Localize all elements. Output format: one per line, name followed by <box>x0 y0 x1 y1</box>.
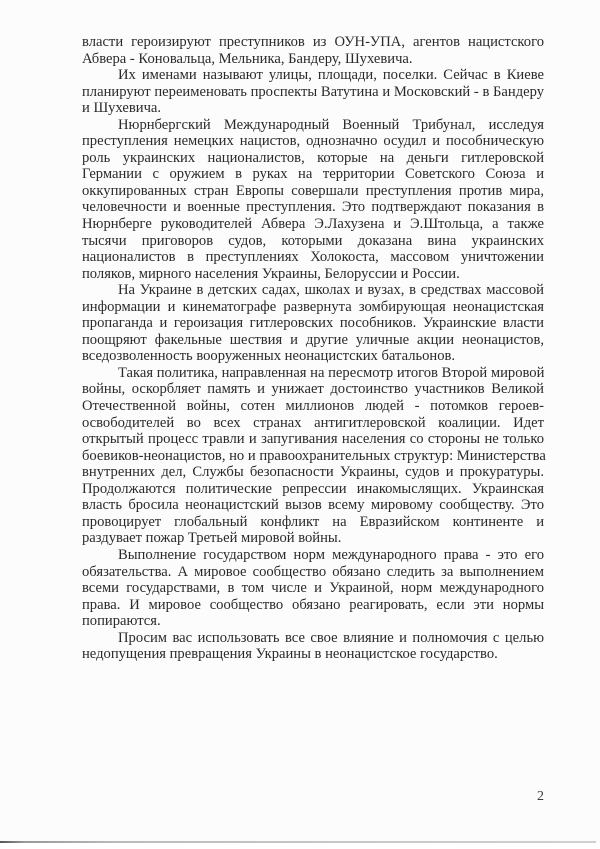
text-line: открытый процесс травли и запугивания на… <box>82 431 544 448</box>
text-line: оккупированных стран Европы совершали пр… <box>82 183 544 200</box>
text-line: боевиков-неонацистов, но и правоохраните… <box>82 448 544 465</box>
paragraph: Такая политика, направленная на пересмот… <box>82 365 544 547</box>
text-line: поляков, мирного населения Украины, Бело… <box>82 266 544 283</box>
text-line: войны, оскорбляет память и унижает досто… <box>82 381 544 398</box>
paragraph: На Украине в детских садах, школах и вуз… <box>82 282 544 365</box>
text-line: преступления немецких нацистов, однознач… <box>82 133 544 150</box>
text-line: провоцирует глобальный конфликт на Евраз… <box>82 514 544 531</box>
text-line: Абвера - Коновальца, Мельника, Бандеру, … <box>82 51 544 68</box>
text-line: Такая политика, направленная на пересмот… <box>82 365 544 382</box>
text-line: Выполнение государством норм международн… <box>82 547 544 564</box>
text-line: националистов в преступлениях Холокоста,… <box>82 249 544 266</box>
text-line: права. И мировое сообщество обязано реаг… <box>82 597 544 614</box>
text-line: Германии с оружием в руках на территории… <box>82 166 544 183</box>
scanned-document-page: власти героизируют преступников из ОУН-У… <box>0 0 600 849</box>
text-line: всеми государствами, в том числе и Украи… <box>82 580 544 597</box>
text-line: пропаганда и героизация гитлеровских пос… <box>82 315 544 332</box>
text-line: внутренних дел, Службы безопасности Укра… <box>82 464 544 481</box>
text-line: тысячи приговоров судов, которыми доказа… <box>82 233 544 250</box>
text-line: Продолжаются политические репрессии инак… <box>82 481 544 498</box>
text-line: власти героизируют преступников из ОУН-У… <box>82 34 544 51</box>
text-line: власть бросила неонацистский вызов всему… <box>82 497 544 514</box>
page-number: 2 <box>537 789 544 805</box>
text-line: информации и кинематографе развернута зо… <box>82 299 544 316</box>
text-line: и Шухевича. <box>82 100 544 117</box>
text-line: Нюрнберге руководителей Абвера Э.Лахузен… <box>82 216 544 233</box>
paragraph: власти героизируют преступников из ОУН-У… <box>82 34 544 67</box>
text-line: обязательства. А мировое сообщество обяз… <box>82 564 544 581</box>
text-line: человечности и военные преступления. Это… <box>82 199 544 216</box>
text-line: раздувает пожар Третьей мировой войны. <box>82 530 544 547</box>
text-line: Просим вас использовать все свое влияние… <box>82 630 544 647</box>
text-line: недопущения превращения Украины в неонац… <box>82 646 544 663</box>
paragraph: Выполнение государством норм международн… <box>82 547 544 630</box>
paragraph: Нюрнбергский Международный Военный Трибу… <box>82 117 544 282</box>
text-line: освободителей во всех странах антигитлер… <box>82 415 544 432</box>
text-line: вседозволенность вооруженных неонацистск… <box>82 348 544 365</box>
text-line: Нюрнбергский Международный Военный Трибу… <box>82 117 544 134</box>
text-line: планируют переименовать проспекты Ватути… <box>82 84 544 101</box>
document-body: власти героизируют преступников из ОУН-У… <box>82 34 544 663</box>
text-line: поощряют факельные шествия и другие улич… <box>82 332 544 349</box>
text-line: На Украине в детских садах, школах и вуз… <box>82 282 544 299</box>
text-line: роль украинских националистов, которые н… <box>82 150 544 167</box>
scan-margin <box>0 843 600 849</box>
text-line: Их именами называют улицы, площади, посе… <box>82 67 544 84</box>
paragraph: Их именами называют улицы, площади, посе… <box>82 67 544 117</box>
text-line: Отечественной войны, сотен миллионов люд… <box>82 398 544 415</box>
text-line: попираются. <box>82 613 544 630</box>
paragraph: Просим вас использовать все свое влияние… <box>82 630 544 663</box>
